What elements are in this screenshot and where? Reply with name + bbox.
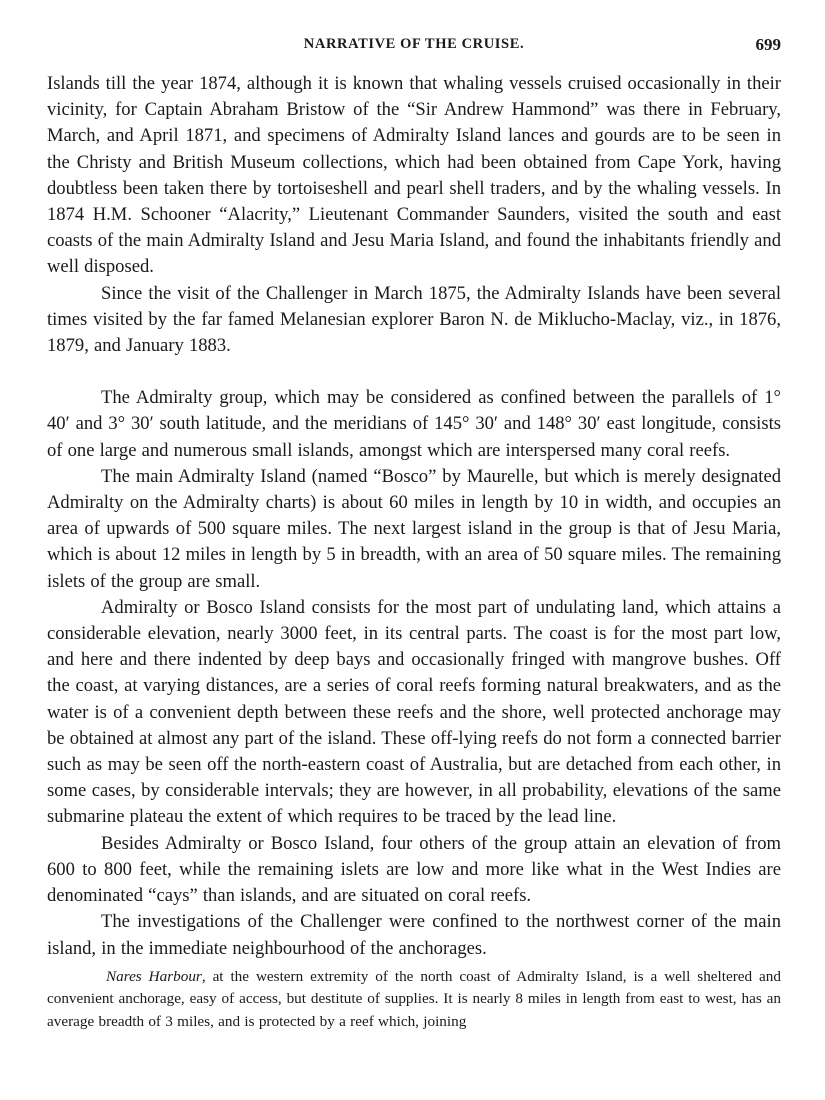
paragraph-whaling-history: Islands till the year 1874, although it … (47, 71, 781, 281)
page-number: 699 (756, 35, 782, 55)
section-break (47, 359, 781, 385)
paragraph-investigations: The investigations of the Challenger wer… (47, 909, 781, 961)
paragraph-bosco-island: Admiralty or Bosco Island consists for t… (47, 595, 781, 831)
paragraph-group-extent: The Admiralty group, which may be consid… (47, 385, 781, 464)
paragraph-maclay-visits: Since the visit of the Challenger in Mar… (47, 281, 781, 360)
paragraph-other-islands: Besides Admiralty or Bosco Island, four … (47, 831, 781, 910)
paragraph-main-island: The main Admiralty Island (named “Bosco”… (47, 464, 781, 595)
body-text: Islands till the year 1874, although it … (47, 71, 781, 1033)
running-head: NARRATIVE OF THE CRUISE. 699 (47, 36, 781, 56)
paragraph-nares-harbour: Nares Harbour, at the western extremity … (47, 966, 781, 1034)
nares-harbour-italic: Nares Harbour (106, 968, 202, 985)
running-title: NARRATIVE OF THE CRUISE. (47, 36, 781, 53)
